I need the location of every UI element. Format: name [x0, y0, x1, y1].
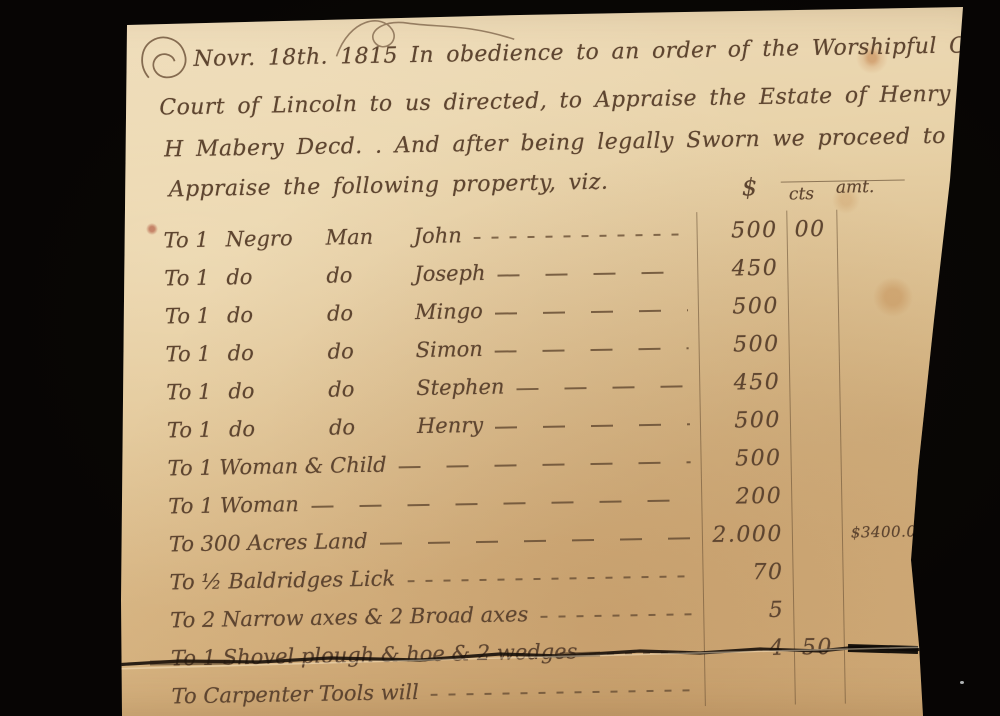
- photo-background: { "colors": { "background": "#070504", "…: [0, 0, 1000, 716]
- photograph: Novr. 18th. 1815 In obedience to an orde…: [0, 0, 1000, 716]
- paper-tear: [0, 0, 1000, 716]
- dust-speck: [960, 681, 964, 684]
- document-paper: Novr. 18th. 1815 In obedience to an orde…: [0, 0, 1000, 716]
